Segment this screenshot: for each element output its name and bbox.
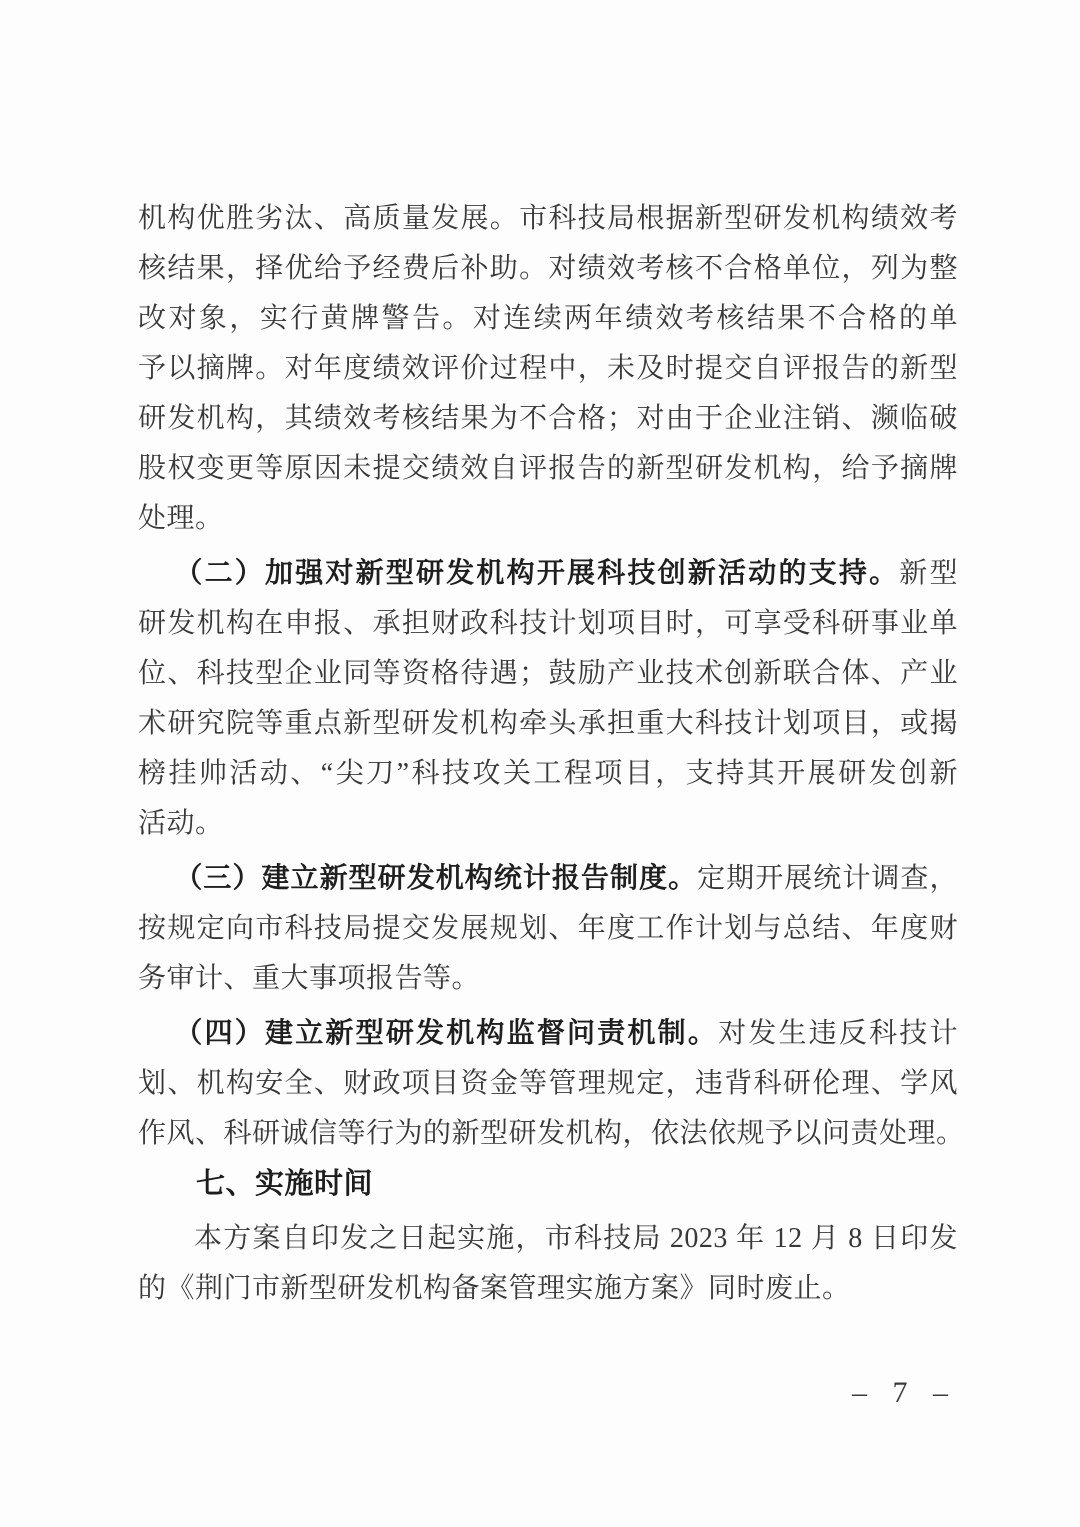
body-text-segment: 对发生违反科技计: [718, 1018, 958, 1049]
body-line: 划、机构安全、财政项目资金等管理规定，违背科研伦理、学风: [138, 1059, 958, 1109]
body-line: 予以摘牌。对年度绩效评价过程中，未及时提交自评报告的新型: [138, 344, 958, 394]
page-number: – 7 –: [852, 1376, 950, 1410]
body-line: 活动。: [138, 799, 958, 849]
body-line: 研发机构在申报、承担财政科技计划项目时，可享受科研事业单: [138, 599, 958, 649]
body-line: 榜挂帅活动、“尖刀”科技攻关工程项目，支持其开展研发创新: [138, 749, 958, 799]
body-line: 位、科技型企业同等资格待遇；鼓励产业技术创新联合体、产业技: [138, 649, 958, 699]
body-text-segment: 定期开展统计调查，: [697, 863, 958, 894]
body-text-segment: 新型: [899, 558, 958, 589]
body-line: 改对象，实行黄牌警告。对连续两年绩效考核结果不合格的单位，: [138, 294, 958, 344]
document-body: 机构优胜劣汰、高质量发展。市科技局根据新型研发机构绩效考 核结果，择优给予经费后…: [138, 194, 958, 1314]
body-line: 机构优胜劣汰、高质量发展。市科技局根据新型研发机构绩效考: [138, 194, 958, 244]
body-line: 术研究院等重点新型研发机构牵头承担重大科技计划项目，或揭: [138, 699, 958, 749]
body-line: 按规定向市科技局提交发展规划、年度工作计划与总结、年度财: [138, 904, 958, 954]
subsection-heading-2: （二）加强对新型研发机构开展科技创新活动的支持。: [174, 558, 899, 589]
body-line: 务审计、重大事项报告等。: [138, 954, 958, 1004]
document-page: 机构优胜劣汰、高质量发展。市科技局根据新型研发机构绩效考 核结果，择优给予经费后…: [0, 0, 1080, 1527]
body-line: 作风、科研诚信等行为的新型研发机构，依法依规予以问责处理。: [138, 1109, 958, 1159]
section-heading-7: 七、实施时间: [138, 1159, 958, 1209]
body-line: 的《荆门市新型研发机构备案管理实施方案》同时废止。: [138, 1264, 958, 1314]
body-line: （三）建立新型研发机构统计报告制度。定期开展统计调查，: [138, 854, 958, 904]
body-line: （四）建立新型研发机构监督问责机制。对发生违反科技计: [138, 1009, 958, 1059]
body-line: （二）加强对新型研发机构开展科技创新活动的支持。新型: [138, 549, 958, 599]
body-line: 核结果，择优给予经费后补助。对绩效考核不合格单位，列为整: [138, 244, 958, 294]
subsection-heading-3: （三）建立新型研发机构统计报告制度。: [174, 863, 697, 894]
body-line: 本方案自印发之日起实施，市科技局 2023 年 12 月 8 日印发: [138, 1214, 958, 1264]
body-line: 股权变更等原因未提交绩效自评报告的新型研发机构，给予摘牌: [138, 444, 958, 494]
body-line: 处理。: [138, 494, 958, 544]
subsection-heading-4: （四）建立新型研发机构监督问责机制。: [174, 1018, 718, 1049]
body-line: 研发机构，其绩效考核结果为不合格；对由于企业注销、濒临破产、: [138, 394, 958, 444]
